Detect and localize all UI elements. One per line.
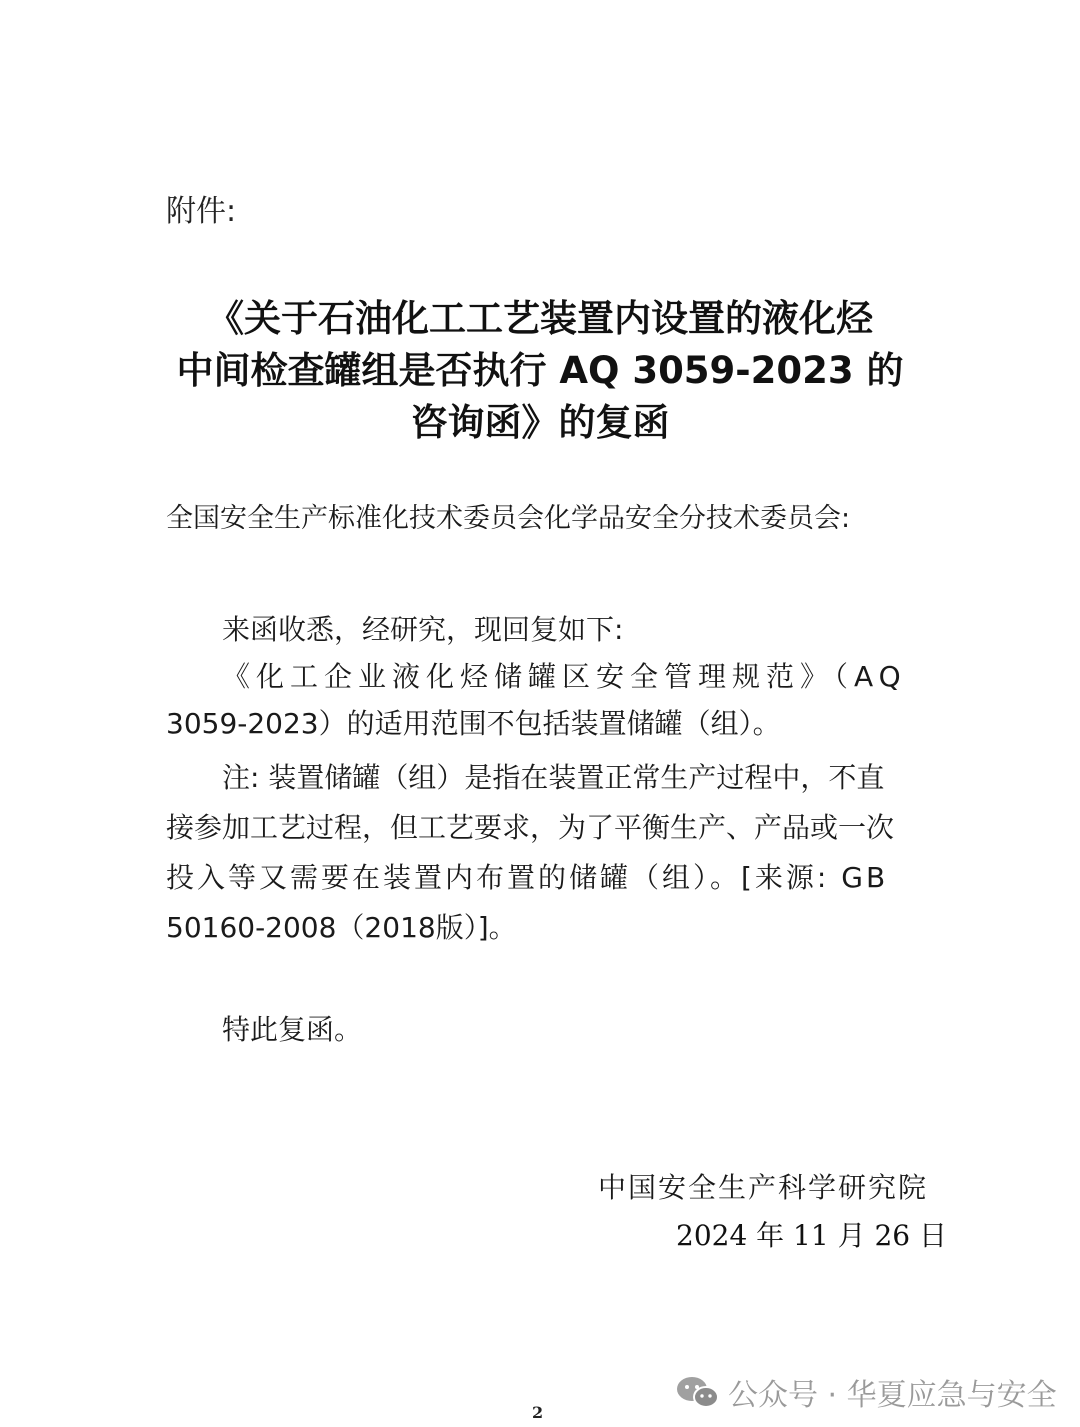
watermark-text: 公众号 · 华夏应急与安全 — [728, 1370, 1057, 1414]
attachment-label: 附件: — [166, 186, 236, 230]
watermark: 公众号 · 华夏应急与安全 — [676, 1370, 1057, 1414]
signature-date: 2024 年 11 月 26 日 — [676, 1214, 947, 1254]
page-number: 2 — [532, 1403, 543, 1422]
document-title-line-3: 咨询函》的复函 — [150, 392, 930, 446]
addressee: 全国安全生产标准化技术委员会化学品安全分技术委员会: — [166, 496, 850, 535]
main-paragraph-line-1: 《化工企业液化烃储罐区安全管理规范》（AQ — [222, 655, 918, 695]
note-line-4: 50160-2008（2018版）]。 — [166, 906, 517, 946]
note-line-2: 接参加工艺过程，但工艺要求，为了平衡生产、产品或一次 — [166, 806, 894, 846]
document-title-line-1: 《关于石油化工工艺装置内设置的液化烃 — [150, 288, 930, 342]
closing-paragraph: 特此复函。 — [222, 1008, 362, 1048]
document-title-line-2: 中间检查罐组是否执行 AQ 3059-2023 的 — [150, 340, 930, 394]
note-line-1: 注: 装置储罐（组）是指在装置正常生产过程中，不直 — [222, 756, 884, 796]
wechat-icon — [676, 1375, 720, 1409]
main-paragraph-line-2: 3059-2023）的适用范围不包括装置储罐（组）。 — [166, 702, 781, 742]
signature-organization: 中国安全生产科学研究院 — [598, 1166, 928, 1206]
note-line-3: 投入等又需要在装置内布置的储罐（组）。[来源: GB — [166, 856, 888, 896]
opening-paragraph: 来函收悉，经研究，现回复如下: — [222, 608, 623, 648]
